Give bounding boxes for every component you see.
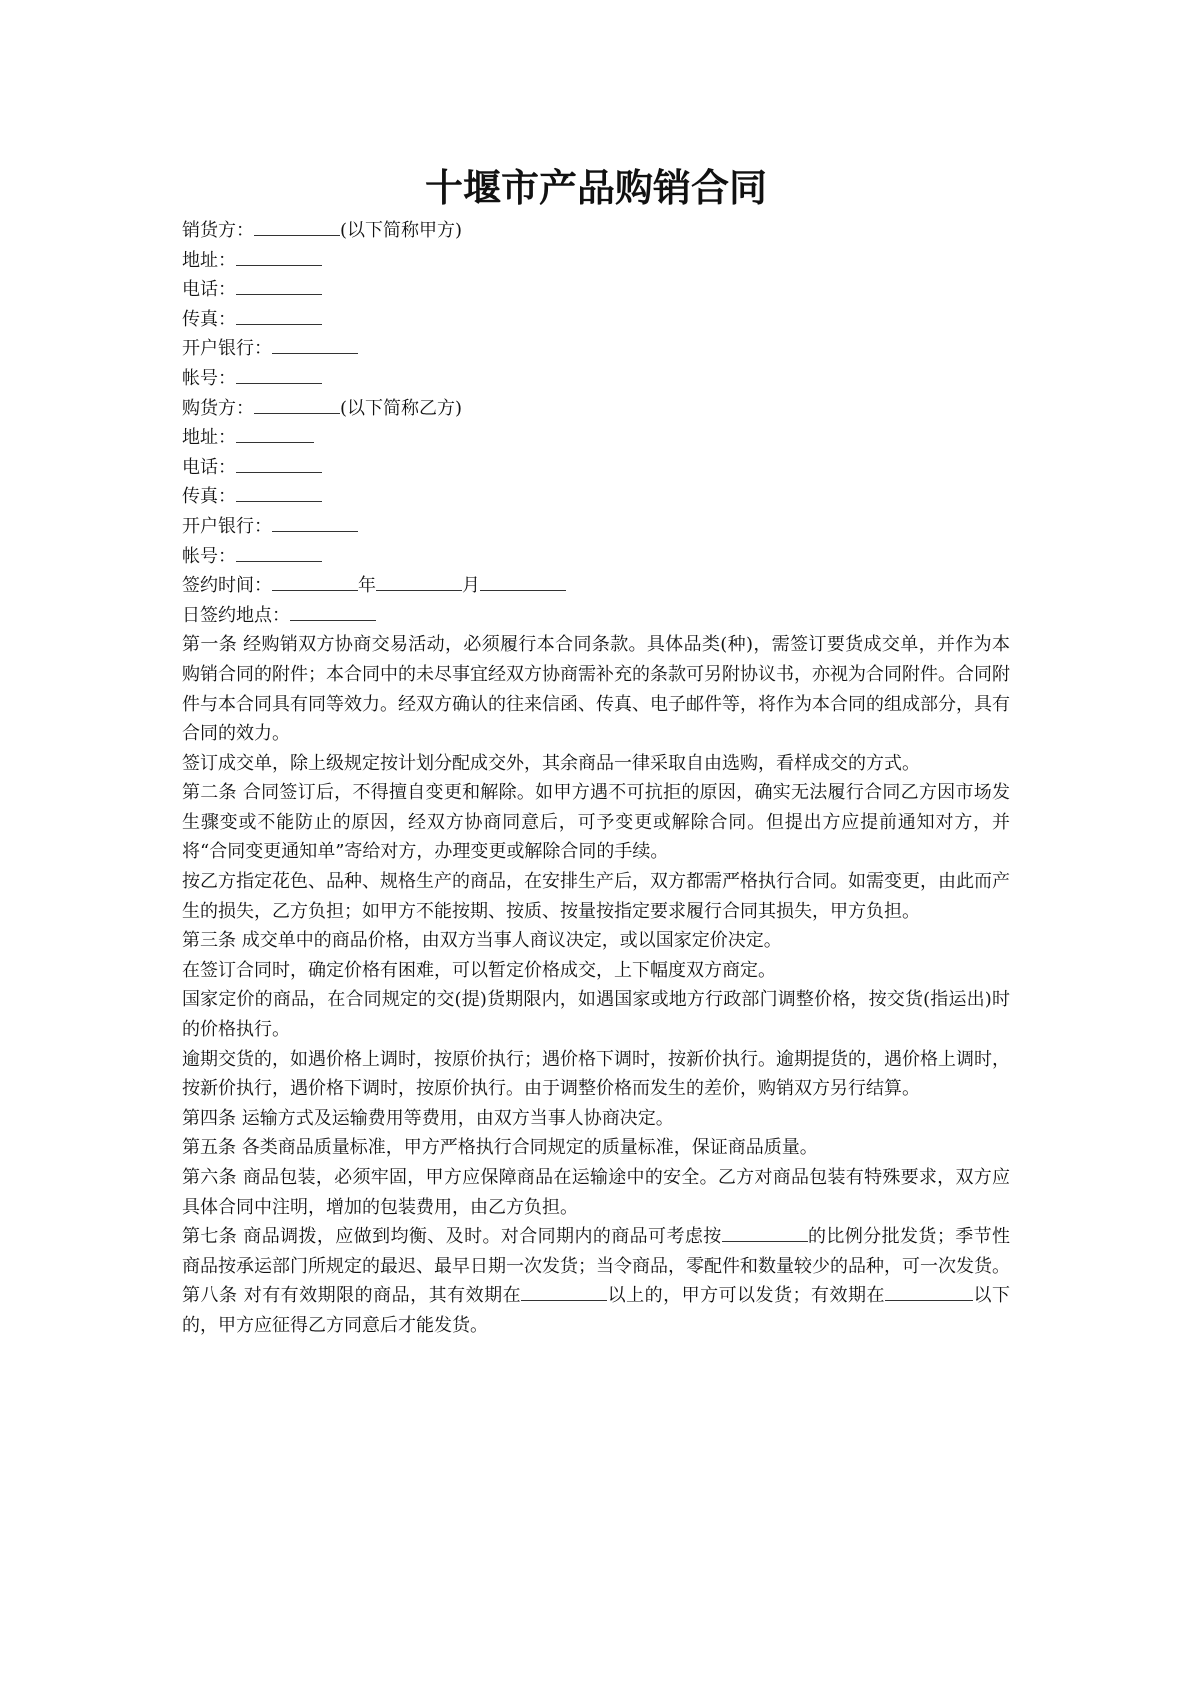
clause-7: 第七条 商品调拨，应做到均衡、及时。对合同期内的商品可考虑按的比例分批发货；季节… — [182, 1222, 1010, 1281]
clause-3: 第三条 成交单中的商品价格，由双方当事人商议决定，或以国家定价决定。 — [182, 926, 1010, 956]
clause-7-text: 第七条 商品调拨，应做到均衡、及时。对合同期内的商品可考虑按 — [182, 1226, 722, 1247]
field-label: 电话： — [182, 279, 236, 300]
month-label: 月 — [462, 575, 480, 596]
seller-phone-blank[interactable] — [236, 276, 322, 295]
field-label: 开户银行： — [182, 338, 272, 359]
signing-time-label: 签约时间： — [182, 575, 272, 596]
field-label: 传真： — [182, 486, 236, 507]
clause-2: 第二条 合同签订后，不得擅自变更和解除。如甲方遇不可抗拒的原因，确实无法履行合同… — [182, 778, 1010, 867]
seller-phone-line: 电话： — [182, 275, 1010, 305]
seller-suffix: (以下简称甲方) — [340, 220, 462, 241]
buyer-phone-line: 电话： — [182, 453, 1010, 483]
seller-address-line: 地址： — [182, 246, 1010, 276]
year-label: 年 — [358, 575, 376, 596]
buyer-name-blank[interactable] — [254, 395, 340, 414]
clause-8: 第八条 对有有效期限的商品，其有效期在以上的，甲方可以发货；有效期在以下的，甲方… — [182, 1281, 1010, 1340]
clause-3-state-price: 国家定价的商品，在合同规定的交(提)货期限内，如遇国家或地方行政部门调整价格，按… — [182, 985, 1010, 1044]
document-title: 十堰市产品购销合同 — [182, 160, 1010, 216]
seller-line: 销货方：(以下简称甲方) — [182, 216, 1010, 246]
buyer-account-blank[interactable] — [236, 543, 322, 562]
signing-place-label: 日签约地点： — [182, 605, 290, 626]
clause-4: 第四条 运输方式及运输费用等费用，由双方当事人协商决定。 — [182, 1104, 1010, 1134]
field-label: 开户银行： — [182, 516, 272, 537]
buyer-bank-blank[interactable] — [272, 513, 358, 532]
clause-5: 第五条 各类商品质量标准，甲方严格执行合同规定的质量标准，保证商品质量。 — [182, 1133, 1010, 1163]
clause-3-provisional-price: 在签订合同时，确定价格有困难，可以暂定价格成交，上下幅度双方商定。 — [182, 956, 1010, 986]
clause-1: 第一条 经购销双方协商交易活动，必须履行本合同条款。具体品类(种)，需签订要货成… — [182, 630, 1010, 748]
validity-max-blank-b[interactable] — [915, 1282, 973, 1301]
seller-bank-blank[interactable] — [272, 335, 358, 354]
buyer-address-blank[interactable] — [236, 424, 314, 443]
validity-min-blank[interactable] — [521, 1282, 607, 1301]
field-label: 地址： — [182, 250, 236, 271]
buyer-address-line: 地址： — [182, 423, 1010, 453]
month-blank[interactable] — [376, 572, 462, 591]
seller-account-line: 帐号： — [182, 364, 1010, 394]
buyer-fax-line: 传真： — [182, 482, 1010, 512]
buyer-bank-line: 开户银行： — [182, 512, 1010, 542]
clause-8-text: 第八条 对有有效期限的商品，其有效期在 — [182, 1285, 521, 1306]
seller-name-blank[interactable] — [254, 217, 340, 236]
day-blank[interactable] — [480, 572, 566, 591]
clause-2-custom-goods: 按乙方指定花色、品种、规格生产的商品，在安排生产后，双方都需严格执行合同。如需变… — [182, 867, 1010, 926]
clause-3-late-delivery: 逾期交货的，如遇价格上调时，按原价执行；遇价格下调时，按新价执行。逾期提货的，遇… — [182, 1045, 1010, 1104]
seller-fax-blank[interactable] — [236, 306, 322, 325]
seller-bank-line: 开户银行： — [182, 334, 1010, 364]
signing-time-line: 签约时间：年月 — [182, 571, 1010, 601]
buyer-suffix: (以下简称乙方) — [340, 398, 462, 419]
field-label: 传真： — [182, 309, 236, 330]
buyer-account-line: 帐号： — [182, 542, 1010, 572]
contract-page: 十堰市产品购销合同 销货方：(以下简称甲方) 地址： 电话： 传真： 开户银行：… — [182, 160, 1010, 1341]
place-blank[interactable] — [290, 602, 376, 621]
seller-label: 销货方： — [182, 220, 254, 241]
ratio-blank[interactable] — [722, 1223, 808, 1242]
field-label: 帐号： — [182, 368, 236, 389]
field-label: 地址： — [182, 427, 236, 448]
seller-address-blank[interactable] — [236, 247, 322, 266]
buyer-phone-blank[interactable] — [236, 454, 322, 473]
buyer-line: 购货方：(以下简称乙方) — [182, 394, 1010, 424]
signing-place-line: 日签约地点： — [182, 601, 1010, 631]
buyer-label: 购货方： — [182, 398, 254, 419]
clause-8-text-mid: 以上的，甲方可以发货；有效期在 — [607, 1285, 885, 1306]
year-blank[interactable] — [272, 572, 358, 591]
clause-1-deal-sheet: 签订成交单，除上级规定按计划分配成交外，其余商品一律采取自由选购，看样成交的方式… — [182, 749, 1010, 779]
field-label: 电话： — [182, 457, 236, 478]
seller-fax-line: 传真： — [182, 305, 1010, 335]
buyer-fax-blank[interactable] — [236, 483, 322, 502]
validity-max-blank-a[interactable] — [885, 1282, 915, 1301]
field-label: 帐号： — [182, 546, 236, 567]
seller-account-blank[interactable] — [236, 365, 322, 384]
clause-6: 第六条 商品包装，必须牢固，甲方应保障商品在运输途中的安全。乙方对商品包装有特殊… — [182, 1163, 1010, 1222]
